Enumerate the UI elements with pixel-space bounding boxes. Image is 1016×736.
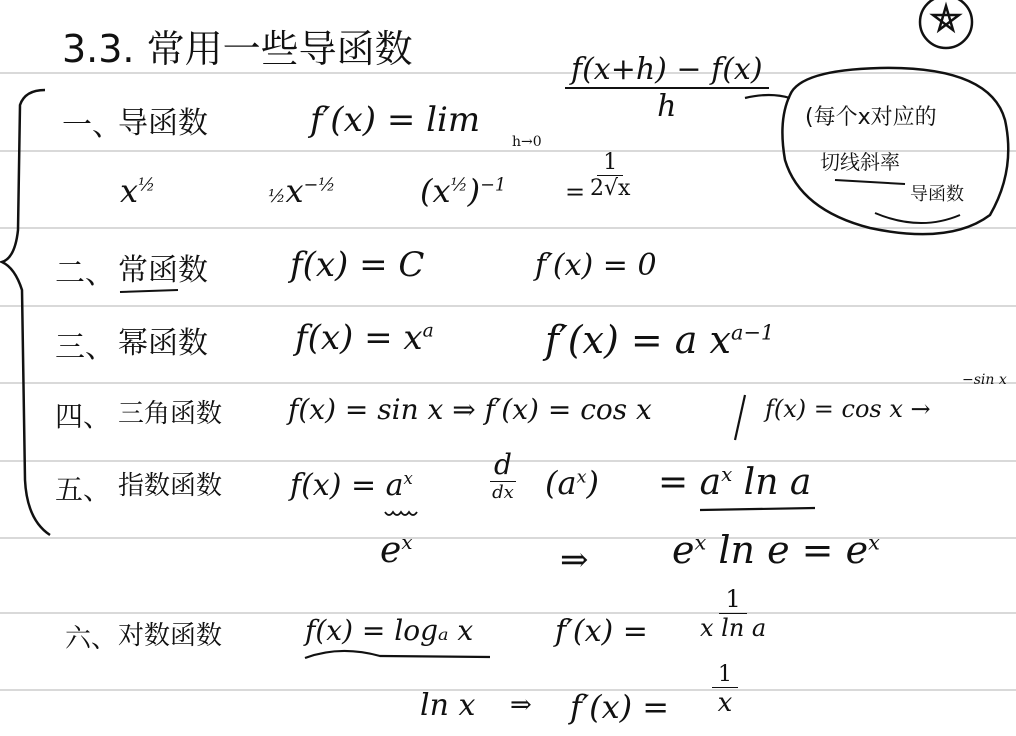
section-1-name: 导函数 [118, 98, 208, 142]
section-3-number: 三、 [55, 322, 115, 366]
example-equals: = [565, 178, 585, 206]
side-note-line3: 导函数 [910, 180, 964, 206]
section-5-derivative-arg: (ax) [545, 464, 599, 502]
section-2-name: 常函数 [118, 245, 208, 289]
section-5-arrow: ⇒ [560, 540, 589, 580]
example-term3: (x½)−1 [420, 172, 506, 210]
section-5-name: 指数函数 [118, 465, 222, 502]
underline [700, 508, 815, 510]
section-6-formula: f(x) = logₐ x [305, 614, 473, 647]
example-term1: x½ [120, 172, 155, 210]
section-6-special-derivative: f′(x) = [570, 688, 669, 726]
section-5-special-result: ex ln e = ex [672, 528, 880, 572]
underline [120, 290, 178, 292]
section-2-derivative: f′(x) = 0 [535, 248, 657, 283]
section-4-name: 三角函数 [118, 393, 222, 430]
section-6-special-case: ln x [420, 688, 475, 723]
section-4-formula: f(x) = sin x ⇒ f′(x) = cos x [288, 393, 652, 426]
separator-slash [735, 395, 745, 440]
fraction-numerator: f(x+h) − f(x) [565, 52, 769, 89]
section-3-derivative: f′(x) = a xa−1 [545, 318, 774, 362]
example-result-fraction: 1 2√x [590, 150, 630, 201]
page-title: 3.3. 常用一些导函数 [62, 18, 413, 73]
underline-wavy [385, 512, 417, 515]
section-6-derivative-fraction: 1 x ln a [700, 585, 766, 642]
section-6-arrow: ⇒ [510, 690, 532, 720]
section-5-result: = ax ln a [658, 462, 811, 503]
section-5-formula: f(x) = ax [290, 468, 413, 503]
star-icon [933, 6, 959, 30]
section-1-formula: f′(x) = lim [310, 100, 480, 140]
section-3-formula: f(x) = xa [295, 318, 434, 358]
section-4-number: 四、 [55, 395, 111, 435]
curly-brace-icon [2, 90, 50, 535]
section-2-number: 二、 [55, 248, 115, 292]
section-4-formula2-result: −sin x [962, 372, 1007, 388]
section-1-number: 一、 [62, 100, 122, 144]
section-6-number: 六、 [65, 618, 117, 655]
fraction-denominator: h [657, 89, 676, 124]
side-note-line2: 切线斜率 [820, 146, 900, 175]
section-5-number: 五、 [55, 468, 111, 508]
underline [305, 651, 490, 658]
side-note-line1: (每个x对应的 [805, 100, 937, 131]
section-3-name: 幂函数 [118, 318, 208, 362]
section-4-formula2: f(x) = cos x → [765, 395, 931, 423]
section-1-fraction: f(x+h) − f(x) h [565, 52, 769, 124]
section-6-name: 对数函数 [118, 615, 222, 652]
section-1-limit-sub: h→0 [512, 134, 542, 150]
section-6-special-fraction: 1 x [712, 662, 738, 718]
section-5-d-dx: d dx [490, 448, 516, 503]
example-term2: ½x−½ [268, 172, 335, 210]
section-2-formula: f(x) = C [290, 245, 424, 285]
section-6-derivative: f′(x) = [555, 614, 648, 649]
section-5-special-case: ex [380, 530, 412, 571]
